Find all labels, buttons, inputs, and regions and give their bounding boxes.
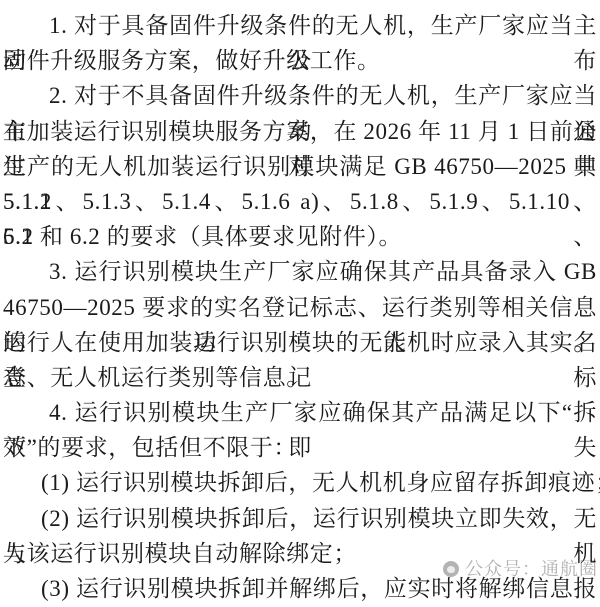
text-line: (2) 运行识别模块拆卸后，运行识别模块立即失效，无人机 — [3, 501, 597, 536]
text-line: 2. 对于不具备固件升级条件的无人机，生产厂家应当主动公 — [3, 78, 597, 113]
document-body: 1. 对于具备固件升级条件的无人机，生产厂家应当主动公布 固件升级服务方案，做好… — [0, 0, 600, 606]
text-line: (3) 运行识别模块拆卸并解绑后，应实时将解绑信息报送至 — [3, 571, 597, 606]
text-line: 布加装运行识别模块服务方案，在 2026 年 11 月 1 日前通过对其 — [3, 114, 597, 149]
text-line: 5.1.2、5.1.3、5.1.4、5.1.6 a)、5.1.8、5.1.9、5… — [3, 184, 597, 219]
text-line: 3. 运行识别模块生产厂家应确保其产品具备录入 GB — [3, 254, 597, 289]
text-line: 生产的无人机加装运行识别模块满足 GB 46750—2025 中 5.1.1、 — [3, 149, 597, 184]
text-line: (1) 运行识别模块拆卸后，无人机机身应留存拆卸痕迹； — [3, 465, 597, 500]
text-line: 运行人在使用加装运行识别模块的无人机时应录入其实名登记标 — [3, 325, 597, 360]
document-page: 公众号：通航圈 1. 对于具备固件升级条件的无人机，生产厂家应当主动公布 固件升… — [0, 0, 600, 607]
text-line: 1. 对于具备固件升级条件的无人机，生产厂家应当主动公布 — [3, 8, 597, 43]
text-line: 4. 运行识别模块生产厂家应确保其产品满足以下“拆下即失 — [3, 395, 597, 430]
text-line: 46750—2025 要求的实名登记标志、运行类别等相关信息的功能。 — [3, 290, 597, 325]
